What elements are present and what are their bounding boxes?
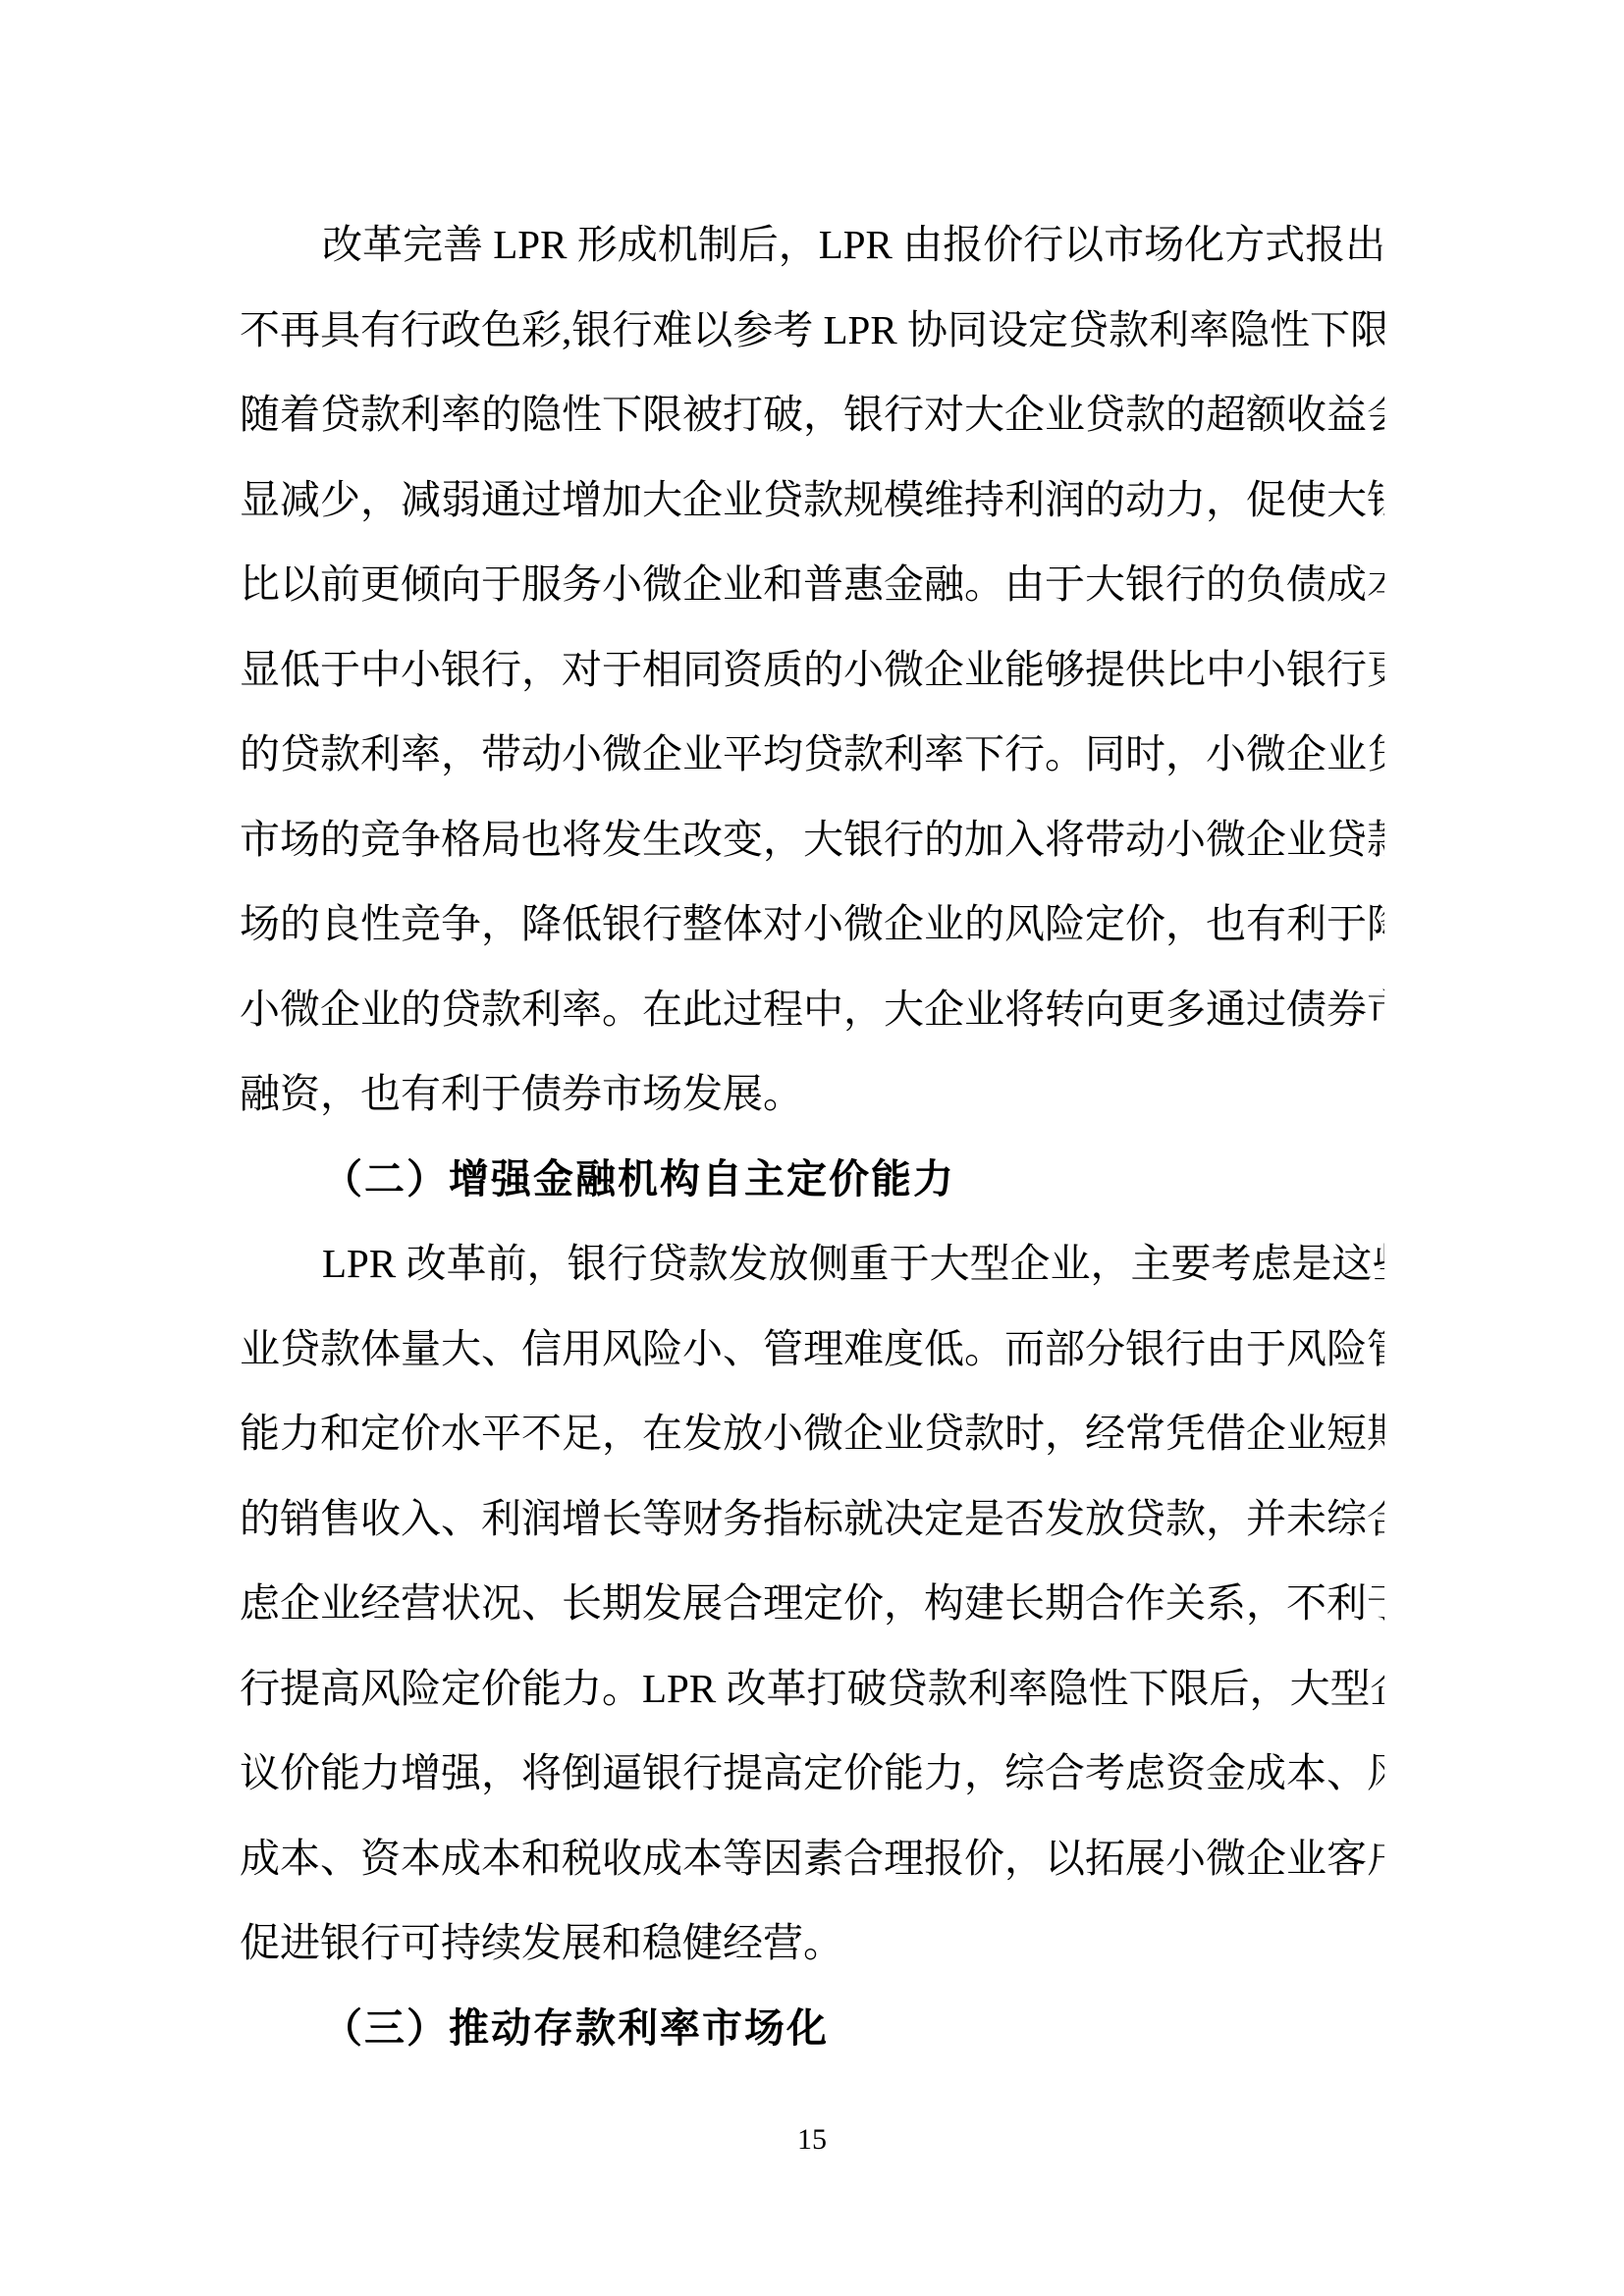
section-heading: （二）增强金融机构自主定价能力 [240, 1137, 1384, 1222]
text-line: 行提高风险定价能力。LPR 改革打破贷款利率隐性下限后，大型企业 [240, 1646, 1384, 1732]
text-line: 小微企业的贷款利率。在此过程中，大企业将转向更多通过债券市场 [240, 967, 1384, 1052]
text-line: 场的良性竞争，降低银行整体对小微企业的风险定价，也有利于降低 [240, 881, 1384, 967]
text-line: 融资，也有利于债券市场发展。 [240, 1051, 1384, 1137]
text-line: 虑企业经营状况、长期发展合理定价，构建长期合作关系，不利于银 [240, 1561, 1384, 1646]
text-line: LPR 改革前，银行贷款发放侧重于大型企业，主要考虑是这些企 [240, 1221, 1384, 1307]
text-line: 显减少，减弱通过增加大企业贷款规模维持利润的动力，促使大银行 [240, 457, 1384, 543]
text-line: 促进银行可持续发展和稳健经营。 [240, 1900, 1384, 1986]
text-line: 的销售收入、利润增长等财务指标就决定是否发放贷款，并未综合考 [240, 1476, 1384, 1562]
text-line: 成本、资本成本和税收成本等因素合理报价，以拓展小微企业客户， [240, 1816, 1384, 1901]
text-line: 业贷款体量大、信用风险小、管理难度低。而部分银行由于风险管理 [240, 1307, 1384, 1392]
text-line: 显低于中小银行，对于相同资质的小微企业能够提供比中小银行更低 [240, 627, 1384, 713]
text-line: 随着贷款利率的隐性下限被打破，银行对大企业贷款的超额收益会明 [240, 372, 1384, 457]
text-line: 议价能力增强，将倒逼银行提高定价能力，综合考虑资金成本、风险 [240, 1731, 1384, 1816]
text-line: 市场的竞争格局也将发生改变，大银行的加入将带动小微企业贷款市 [240, 797, 1384, 882]
text-line: 不再具有行政色彩,银行难以参考 LPR 协同设定贷款利率隐性下限。 [240, 288, 1384, 373]
text-line: 能力和定价水平不足，在发放小微企业贷款时，经常凭借企业短期内 [240, 1391, 1384, 1476]
document-page: 改革完善 LPR 形成机制后，LPR 由报价行以市场化方式报出，不再具有行政色彩… [0, 0, 1624, 2296]
text-line: 的贷款利率，带动小微企业平均贷款利率下行。同时，小微企业贷款 [240, 712, 1384, 797]
document-body: 改革完善 LPR 形成机制后，LPR 由报价行以市场化方式报出，不再具有行政色彩… [240, 202, 1384, 2070]
text-line: 改革完善 LPR 形成机制后，LPR 由报价行以市场化方式报出， [240, 202, 1384, 288]
text-line: 比以前更倾向于服务小微企业和普惠金融。由于大银行的负债成本明 [240, 542, 1384, 627]
page-number: 15 [0, 2120, 1624, 2160]
section-heading: （三）推动存款利率市场化 [240, 1986, 1384, 2071]
